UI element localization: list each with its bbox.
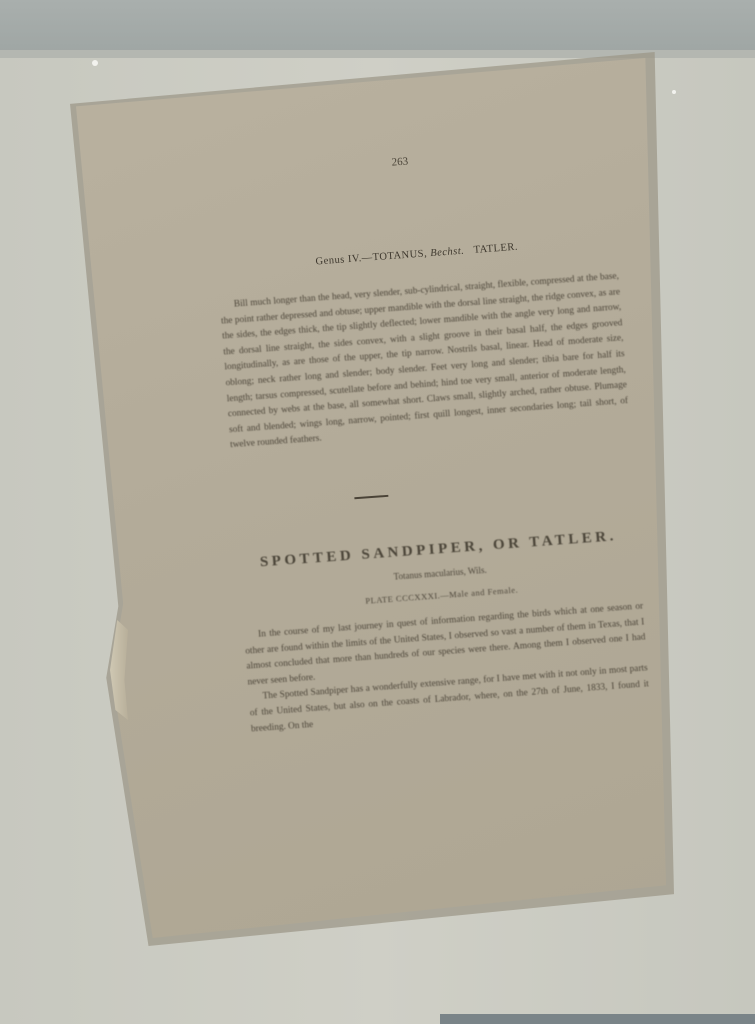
glare-spot [92, 60, 98, 66]
glare-spot [672, 90, 676, 94]
genus-heading: Genus IV.—TOTANUS, Bechst. TATLER. [217, 234, 617, 274]
frame-bottom-edge [440, 1014, 755, 1024]
genus-common-name: TATLER. [473, 242, 518, 256]
genus-description: Bill much longer than the head, very sle… [219, 269, 629, 454]
page-text: 263 Genus IV.—TOTANUS, Bechst. TATLER. B… [210, 141, 651, 738]
genus-author: Bechst. [430, 246, 465, 259]
section-divider [354, 495, 388, 499]
genus-prefix: Genus IV.—TOTANUS, [315, 248, 427, 267]
